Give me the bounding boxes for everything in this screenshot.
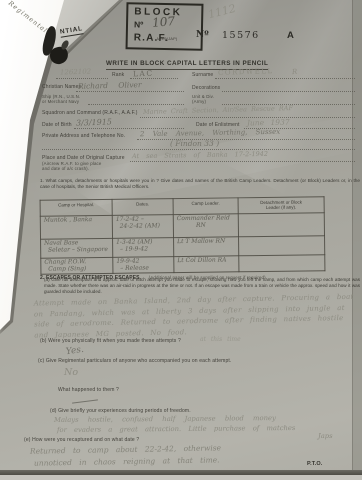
- question-2b-text: (b) Were you physically fit when you mad…: [40, 339, 181, 344]
- row-1-leader: Lt T Mallow RN: [174, 237, 239, 257]
- row-0-dates: 17-2-42 – 24-2-42 (AM): [112, 214, 173, 238]
- row-1-block: [239, 236, 325, 256]
- photo-right-margin: [353, 0, 362, 472]
- row-1-dates: 1-3-42 (AM) – 19-9-42: [113, 237, 174, 257]
- answer-2a: Attempt made on Banka Island, 2nd day af…: [34, 292, 362, 341]
- registration-no-label: Nº: [196, 30, 209, 40]
- row-0-leader: Commander Reid RN: [173, 214, 238, 238]
- row-0-block: [238, 213, 324, 237]
- answer-2c: No: [64, 368, 78, 378]
- header-block-leader: Detachment or Block Leader (if any).: [238, 197, 324, 214]
- mi9-label: M.I.9(JAP): [157, 37, 177, 41]
- field-line: [215, 78, 355, 79]
- row-1-camp: Naval Base Seletar – Singapore: [41, 238, 113, 258]
- enlistment-value: June 1937: [247, 119, 290, 127]
- registration-suffix: A: [287, 30, 294, 41]
- header-leader: Camp Leader.: [173, 198, 238, 215]
- enlistment-label: Date of Enlistment: [196, 123, 240, 128]
- answer-2e-line1: Returned to camp about 22-2-42, otherwis…: [30, 444, 221, 455]
- camps-table: Camp or Hospital. Dates. Camp Leader. De…: [40, 196, 326, 275]
- date-of-birth-value: 3/3/1915: [76, 118, 112, 127]
- field-line: [130, 161, 355, 162]
- christian-names-label: Christian Names: [42, 85, 81, 90]
- pto-label: P.T.O.: [307, 462, 322, 468]
- question-1-text: 1. What camps, detachments or hospitals …: [40, 178, 360, 190]
- answer-2e-line2: unnoticed in chaos reigning at that time…: [34, 456, 220, 467]
- field-line: [88, 104, 184, 105]
- field-line: [42, 149, 355, 150]
- stamp-block-number-handwritten: 107: [152, 15, 176, 29]
- block-number-stamp: BLOCK Nº 107 R.A.F.: [126, 2, 204, 51]
- unit-label-line2: (Army): [192, 100, 206, 104]
- surname-label: Surname: [192, 73, 213, 78]
- scanned-document-photo: Regimental NTIAL BLOCK Nº 107 R.A.F. 111…: [0, 0, 362, 480]
- field-line: [76, 91, 184, 92]
- answer-2b-note: at this time: [200, 337, 241, 343]
- christian-names-value: Richard Oliver: [78, 81, 142, 90]
- decorations-label: Decorations: [192, 86, 220, 91]
- question-2c-text: (c) Give Regimental particulars of anyon…: [38, 359, 231, 364]
- field-line: [222, 91, 355, 92]
- address-phone-value: ( Findon 33 ): [170, 140, 219, 148]
- field-line: [130, 78, 178, 79]
- rank-value: LAC: [133, 70, 154, 78]
- surname-extra-mark: R: [292, 69, 298, 76]
- answer-2d-line1: Malays hostile, confused half Japanese b…: [54, 415, 276, 424]
- answer-2b: Yes.: [65, 346, 84, 357]
- address-label: Private Address and Telephone No.: [42, 134, 125, 139]
- answer-2d-line3: Japs: [318, 433, 333, 440]
- question-2d-text: (d) Give briefly your experiences during…: [50, 409, 191, 414]
- question-2e-text: (e) How were you recaptured and on what …: [24, 438, 139, 443]
- table-row: Muntok , Banka 17-2-42 – 24-2-42 (AM) Co…: [40, 213, 324, 239]
- photo-bottom-margin: [0, 475, 362, 480]
- field-line: [56, 78, 108, 79]
- service-number-value: 1262102: [60, 68, 91, 76]
- row-0-camp: Muntok , Banka: [40, 215, 112, 239]
- answer-what-happened-dash: [72, 399, 98, 403]
- ship-label-line2: or Merchant Navy: [42, 100, 79, 104]
- squadron-label: Squadron and Command (R.A.F., A.A.F.): [42, 111, 138, 116]
- stamp-no-prefix: Nº: [134, 20, 143, 29]
- registration-number: 15576: [222, 30, 260, 41]
- answer-2d-line2: for evaders a great attraction. Little p…: [57, 425, 295, 434]
- header-camp: Camp or Hospital.: [40, 199, 112, 216]
- date-of-birth-label: Date of Birth: [42, 123, 72, 128]
- what-happened-label: What happened to them ?: [58, 388, 119, 393]
- aircrew-note-line2: and date of a/c crash).: [42, 167, 89, 171]
- rank-label: Rank: [112, 73, 124, 78]
- header-dates: Dates.: [112, 199, 173, 216]
